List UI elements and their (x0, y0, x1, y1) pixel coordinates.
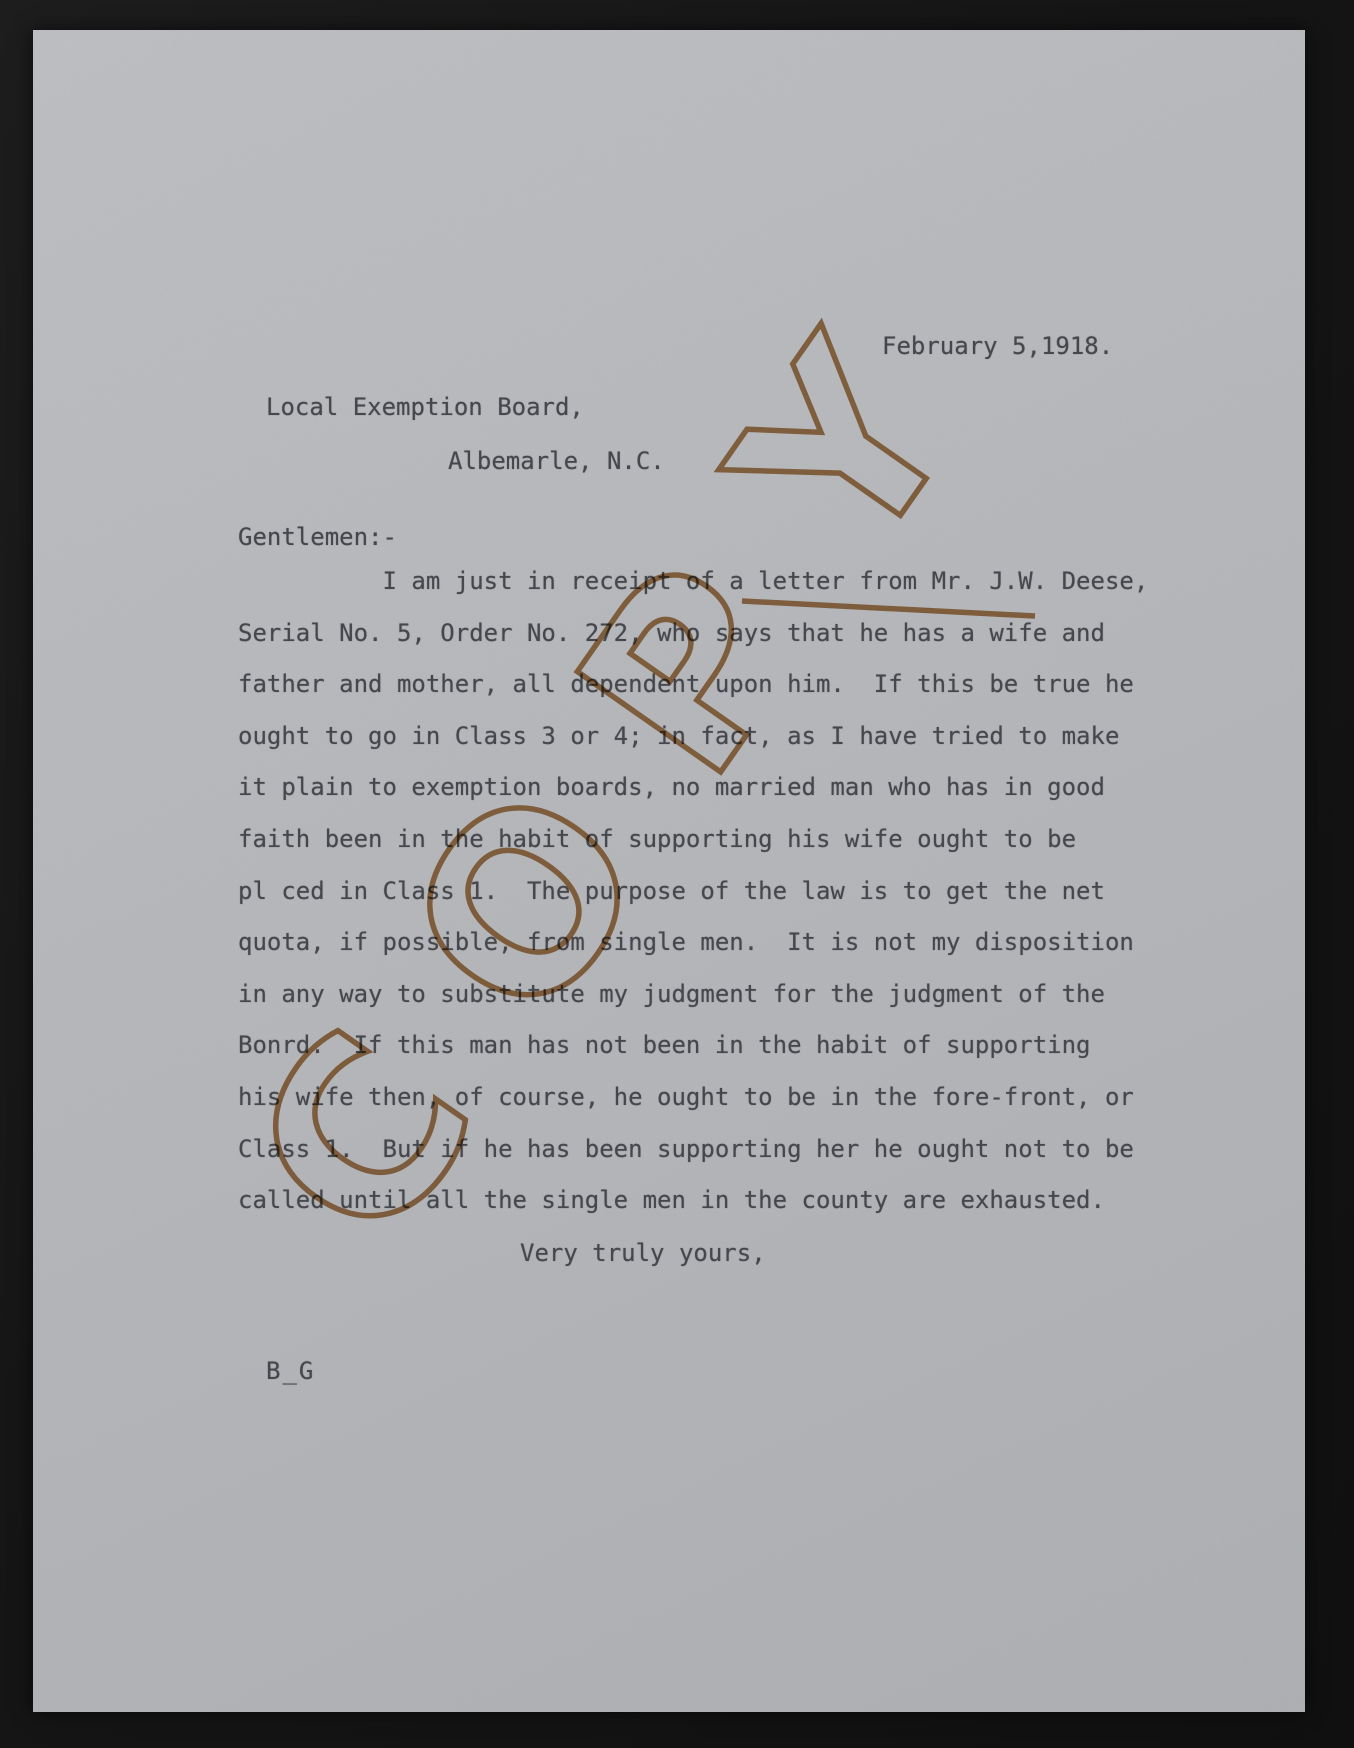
letter-body: I am just in receipt of a letter from Mr… (238, 556, 1148, 1227)
body-line: pl ced in Class 1. The purpose of the la… (238, 866, 1148, 918)
typist-initials: B_G (266, 1358, 315, 1384)
recipient-name: Local Exemption Board, (266, 394, 584, 420)
body-line: called until all the single men in the c… (238, 1175, 1148, 1227)
closing-phrase: Very truly yours, (520, 1240, 766, 1266)
body-line: in any way to substitute my judgment for… (238, 969, 1148, 1021)
body-line: Serial No. 5, Order No. 272, who says th… (238, 608, 1148, 660)
scanned-letter-screenshot: { "letter": { "date": "February 5,1918."… (0, 0, 1354, 1748)
body-line: father and mother, all dependent upon hi… (238, 659, 1148, 711)
body-line: quota, if possible, from single men. It … (238, 917, 1148, 969)
body-line: I am just in receipt of a letter from Mr… (238, 556, 1148, 608)
recipient-city: Albemarle, N.C. (448, 448, 665, 474)
body-line: Bonrd. If this man has not been in the h… (238, 1020, 1148, 1072)
body-line: his wife then, of course, he ought to be… (238, 1072, 1148, 1124)
body-line: Class 1. But if he has been supporting h… (238, 1124, 1148, 1176)
salutation: Gentlemen:- (238, 524, 397, 550)
body-line: ought to go in Class 3 or 4; in fact, as… (238, 711, 1148, 763)
body-line: it plain to exemption boards, no married… (238, 762, 1148, 814)
body-line: faith been in the habit of supporting hi… (238, 814, 1148, 866)
letter-date: February 5,1918. (882, 333, 1113, 359)
